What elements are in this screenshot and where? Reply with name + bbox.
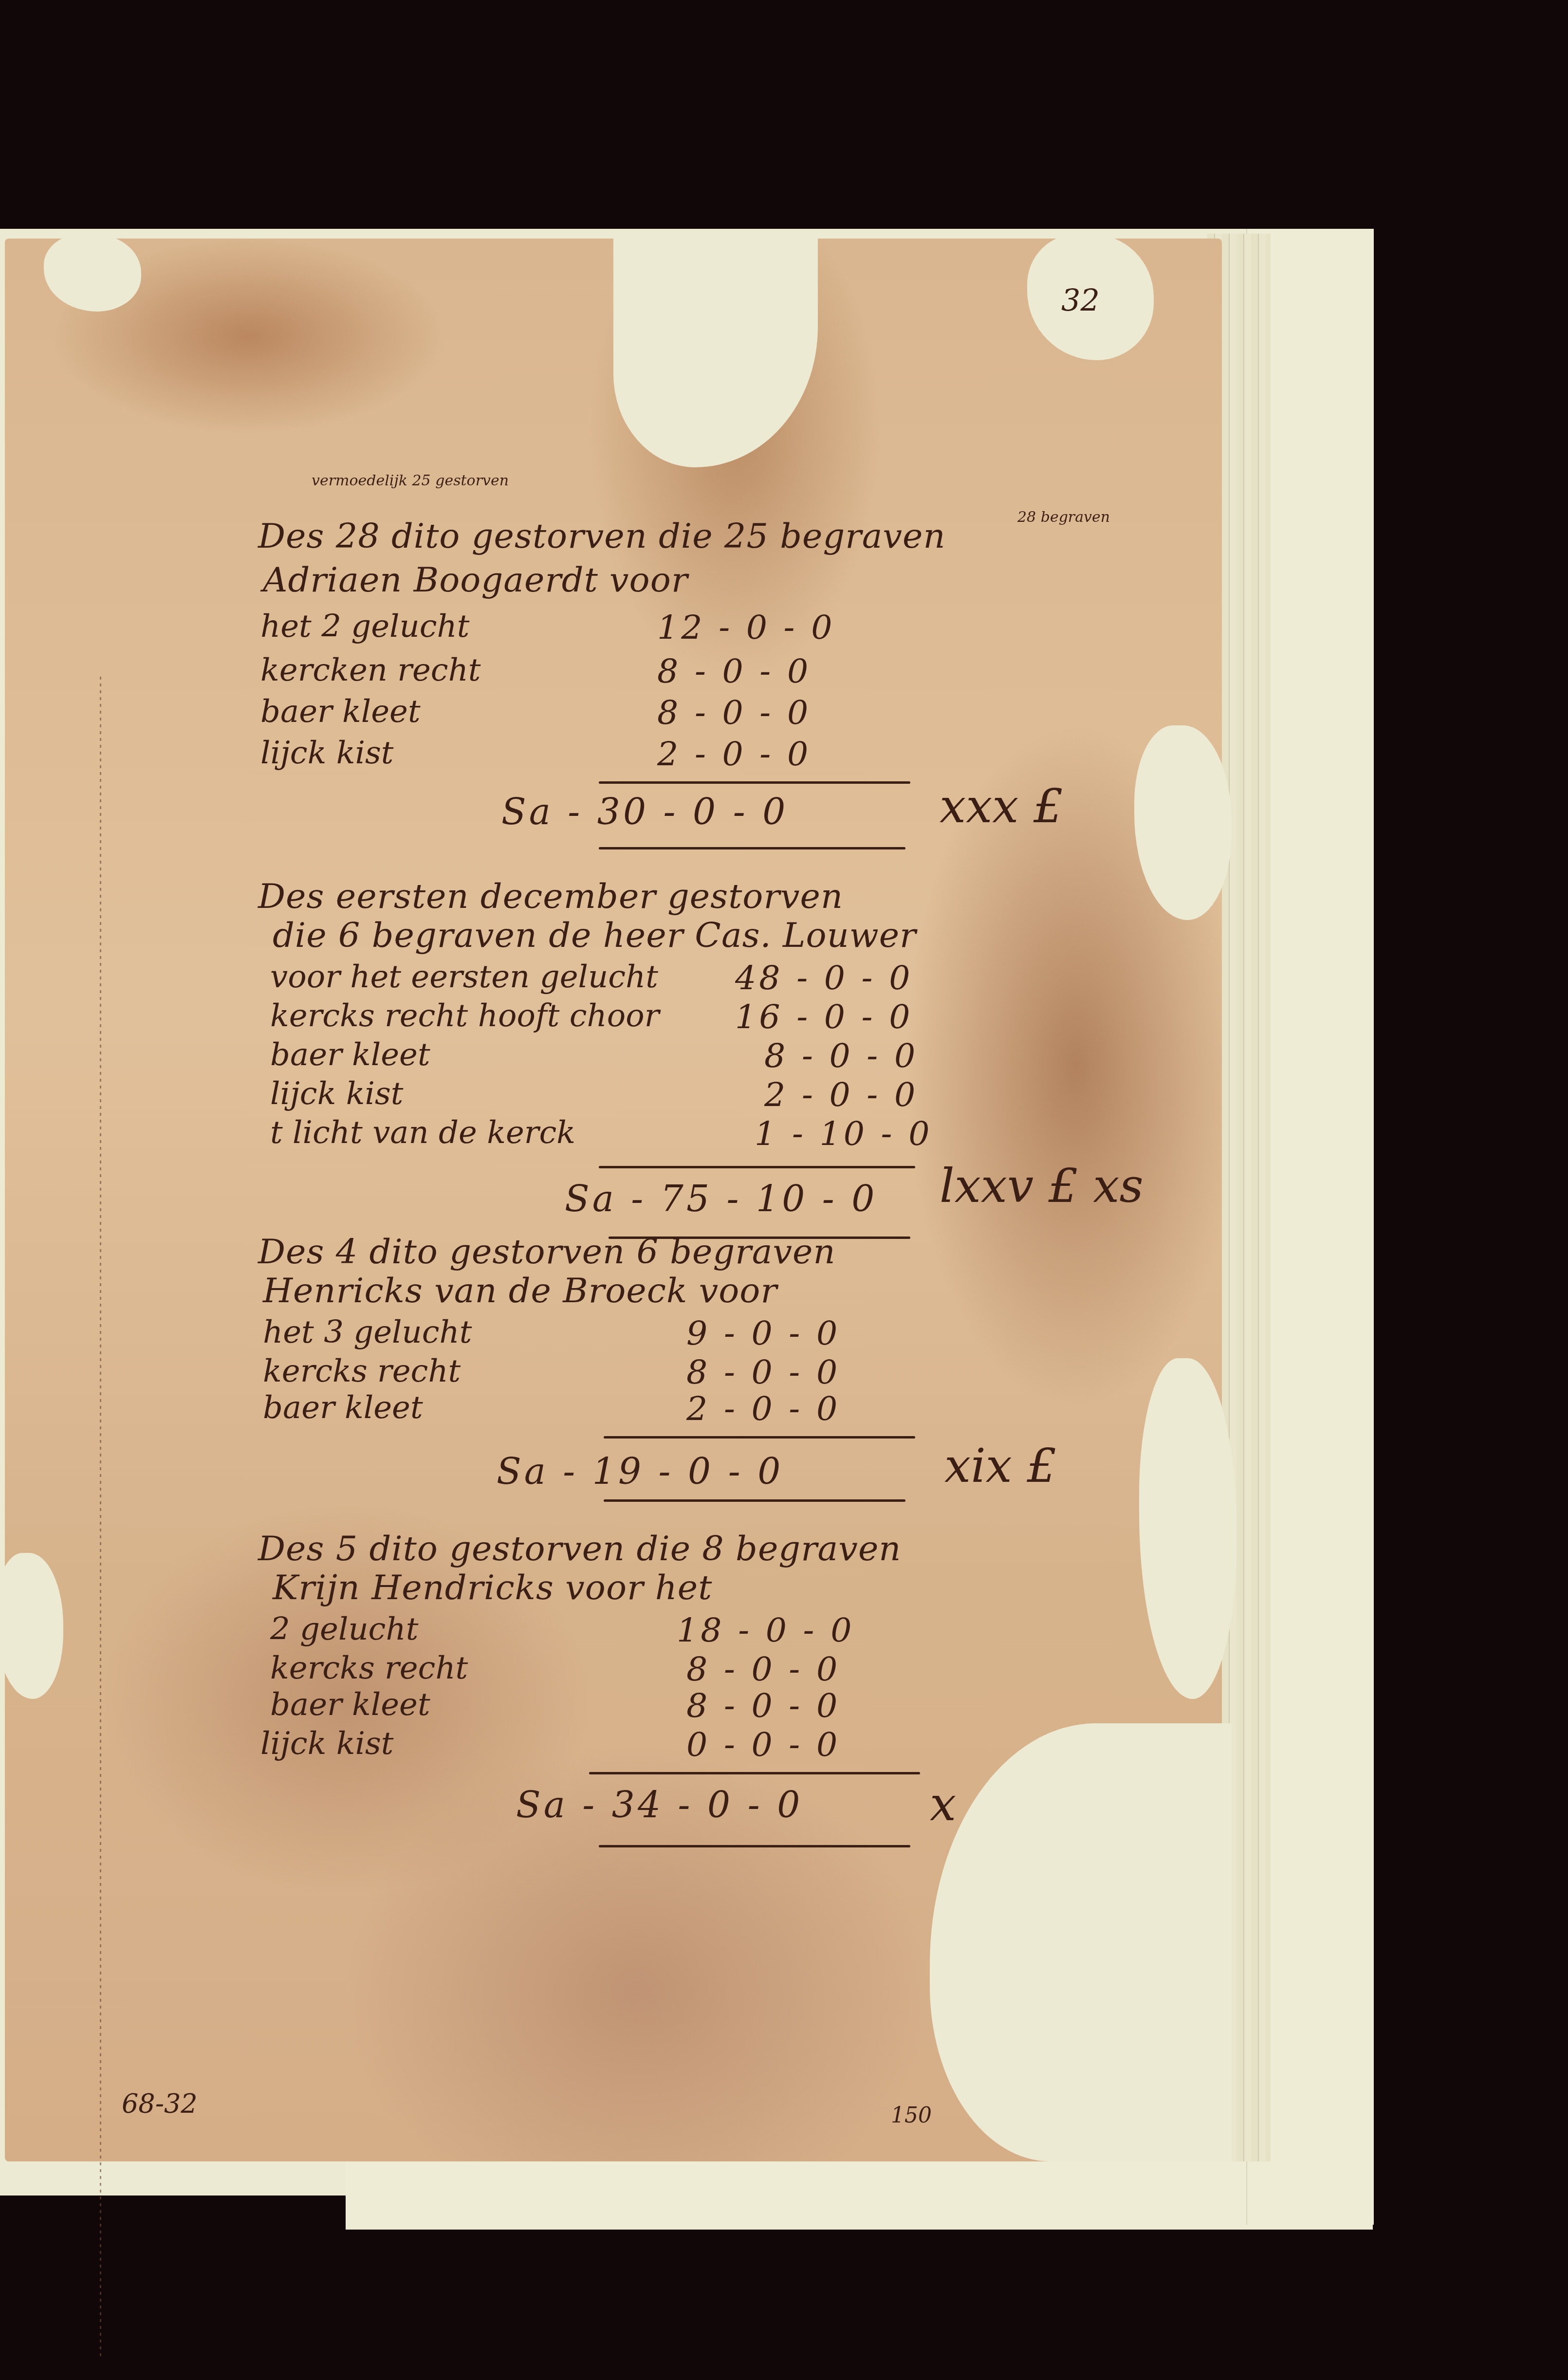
entry-total: Sa - 19 - 0 - 0 — [497, 1451, 783, 1493]
paper-loss-top-center — [613, 234, 818, 467]
fee-item-label: baer kleet — [270, 1687, 430, 1723]
paper-loss-top-left — [44, 234, 141, 312]
fee-item-amount: 8 - 0 - 0 — [686, 1650, 840, 1689]
sum-rule — [599, 781, 910, 784]
margin-ruling-line — [100, 677, 101, 2356]
fee-item-amount: 9 - 0 - 0 — [686, 1314, 840, 1353]
manuscript-page: 32 vermoedelijk 25 gestorven 28 begraven… — [5, 239, 1222, 2161]
fee-item-amount: 8 - 0 - 0 — [657, 694, 811, 732]
fee-item-amount: 8 - 0 - 0 — [657, 652, 811, 691]
top-margin-note: vermoedelijk 25 gestorven — [312, 472, 509, 489]
sum-rule — [604, 1499, 905, 1502]
fee-item-amount: 1 - 10 - 0 — [755, 1115, 932, 1153]
entry-heading-line: Henricks van de Broeck voor — [263, 1271, 777, 1310]
fee-item-label: kercken recht — [260, 652, 481, 688]
fee-item-label: voor het eersten gelucht — [270, 959, 658, 995]
fee-item-label: kercks recht hooft choor — [270, 998, 659, 1034]
fee-item-label: 2 gelucht — [270, 1611, 418, 1647]
fee-item-label: baer kleet — [270, 1037, 430, 1073]
fee-item-label: t licht van de kerck — [270, 1115, 575, 1151]
roman-total: lxxv £ xs — [940, 1159, 1144, 1213]
fee-item-amount: 18 - 0 - 0 — [677, 1611, 854, 1650]
fee-item-amount: 48 - 0 - 0 — [735, 959, 913, 997]
entry-heading-line: Adriaen Boogaerdt voor — [263, 560, 688, 600]
fee-item-label: kercks recht — [270, 1650, 468, 1686]
entry-heading-line: Des 5 dito gestorven die 8 begraven — [258, 1529, 901, 1568]
roman-total: xix £ — [944, 1439, 1057, 1493]
fee-item-amount: 8 - 0 - 0 — [764, 1037, 918, 1075]
archive-reference: 68-32 — [122, 2088, 198, 2119]
fee-item-label: lijck kist — [270, 1076, 404, 1112]
right-margin-note: 28 begraven — [1017, 509, 1110, 526]
fee-item-label: lijck kist — [260, 1726, 394, 1762]
paper-loss-right-mid — [1139, 1358, 1236, 1699]
sum-rule — [599, 847, 905, 849]
fee-item-amount: 8 - 0 - 0 — [686, 1687, 840, 1725]
roman-total: x — [930, 1777, 956, 1831]
entry-total: Sa - 30 - 0 - 0 — [501, 791, 788, 833]
entry-heading-line: die 6 begraven de heer Cas. Louwer — [273, 915, 917, 955]
fee-item-amount: 2 - 0 - 0 — [764, 1076, 918, 1114]
entry-heading-line: Krijn Hendricks voor het — [273, 1568, 712, 1607]
sum-rule — [604, 1436, 915, 1439]
sum-rule — [599, 1845, 910, 1847]
entry-total: Sa - 75 - 10 - 0 — [565, 1178, 877, 1220]
fee-item-label: het 3 gelucht — [263, 1314, 472, 1350]
sum-rule — [589, 1772, 920, 1774]
fee-item-amount: 8 - 0 - 0 — [686, 1353, 840, 1392]
paper-loss-right-upper — [1134, 725, 1232, 920]
paper-loss-left-mid — [0, 1553, 63, 1699]
fee-item-label: het 2 gelucht — [260, 609, 470, 645]
roman-total: xxx £ — [940, 779, 1063, 833]
fee-item-amount: 0 - 0 - 0 — [686, 1726, 840, 1764]
fee-item-amount: 2 - 0 - 0 — [686, 1390, 840, 1428]
entry-heading-line: Des 28 dito gestorven die 25 begraven — [258, 516, 945, 556]
fee-item-label: lijck kist — [260, 735, 394, 771]
fee-item-label: baer kleet — [260, 694, 421, 730]
fee-item-label: baer kleet — [263, 1390, 423, 1426]
fee-item-amount: 16 - 0 - 0 — [735, 998, 913, 1036]
entry-heading-line: Des eersten december gestorven — [258, 876, 843, 916]
entry-heading-line: Des 4 dito gestorven 6 begraven — [258, 1232, 836, 1272]
fee-item-amount: 12 - 0 - 0 — [657, 609, 835, 647]
bottom-note: 150 — [891, 2103, 932, 2128]
entry-total: Sa - 34 - 0 - 0 — [516, 1784, 803, 1826]
paper-loss-right-lower — [930, 1723, 1232, 2161]
sum-rule — [599, 1166, 915, 1168]
folio-number: 32 — [1061, 282, 1100, 318]
fee-item-amount: 2 - 0 - 0 — [657, 735, 811, 774]
fee-item-label: kercks recht — [263, 1353, 461, 1389]
